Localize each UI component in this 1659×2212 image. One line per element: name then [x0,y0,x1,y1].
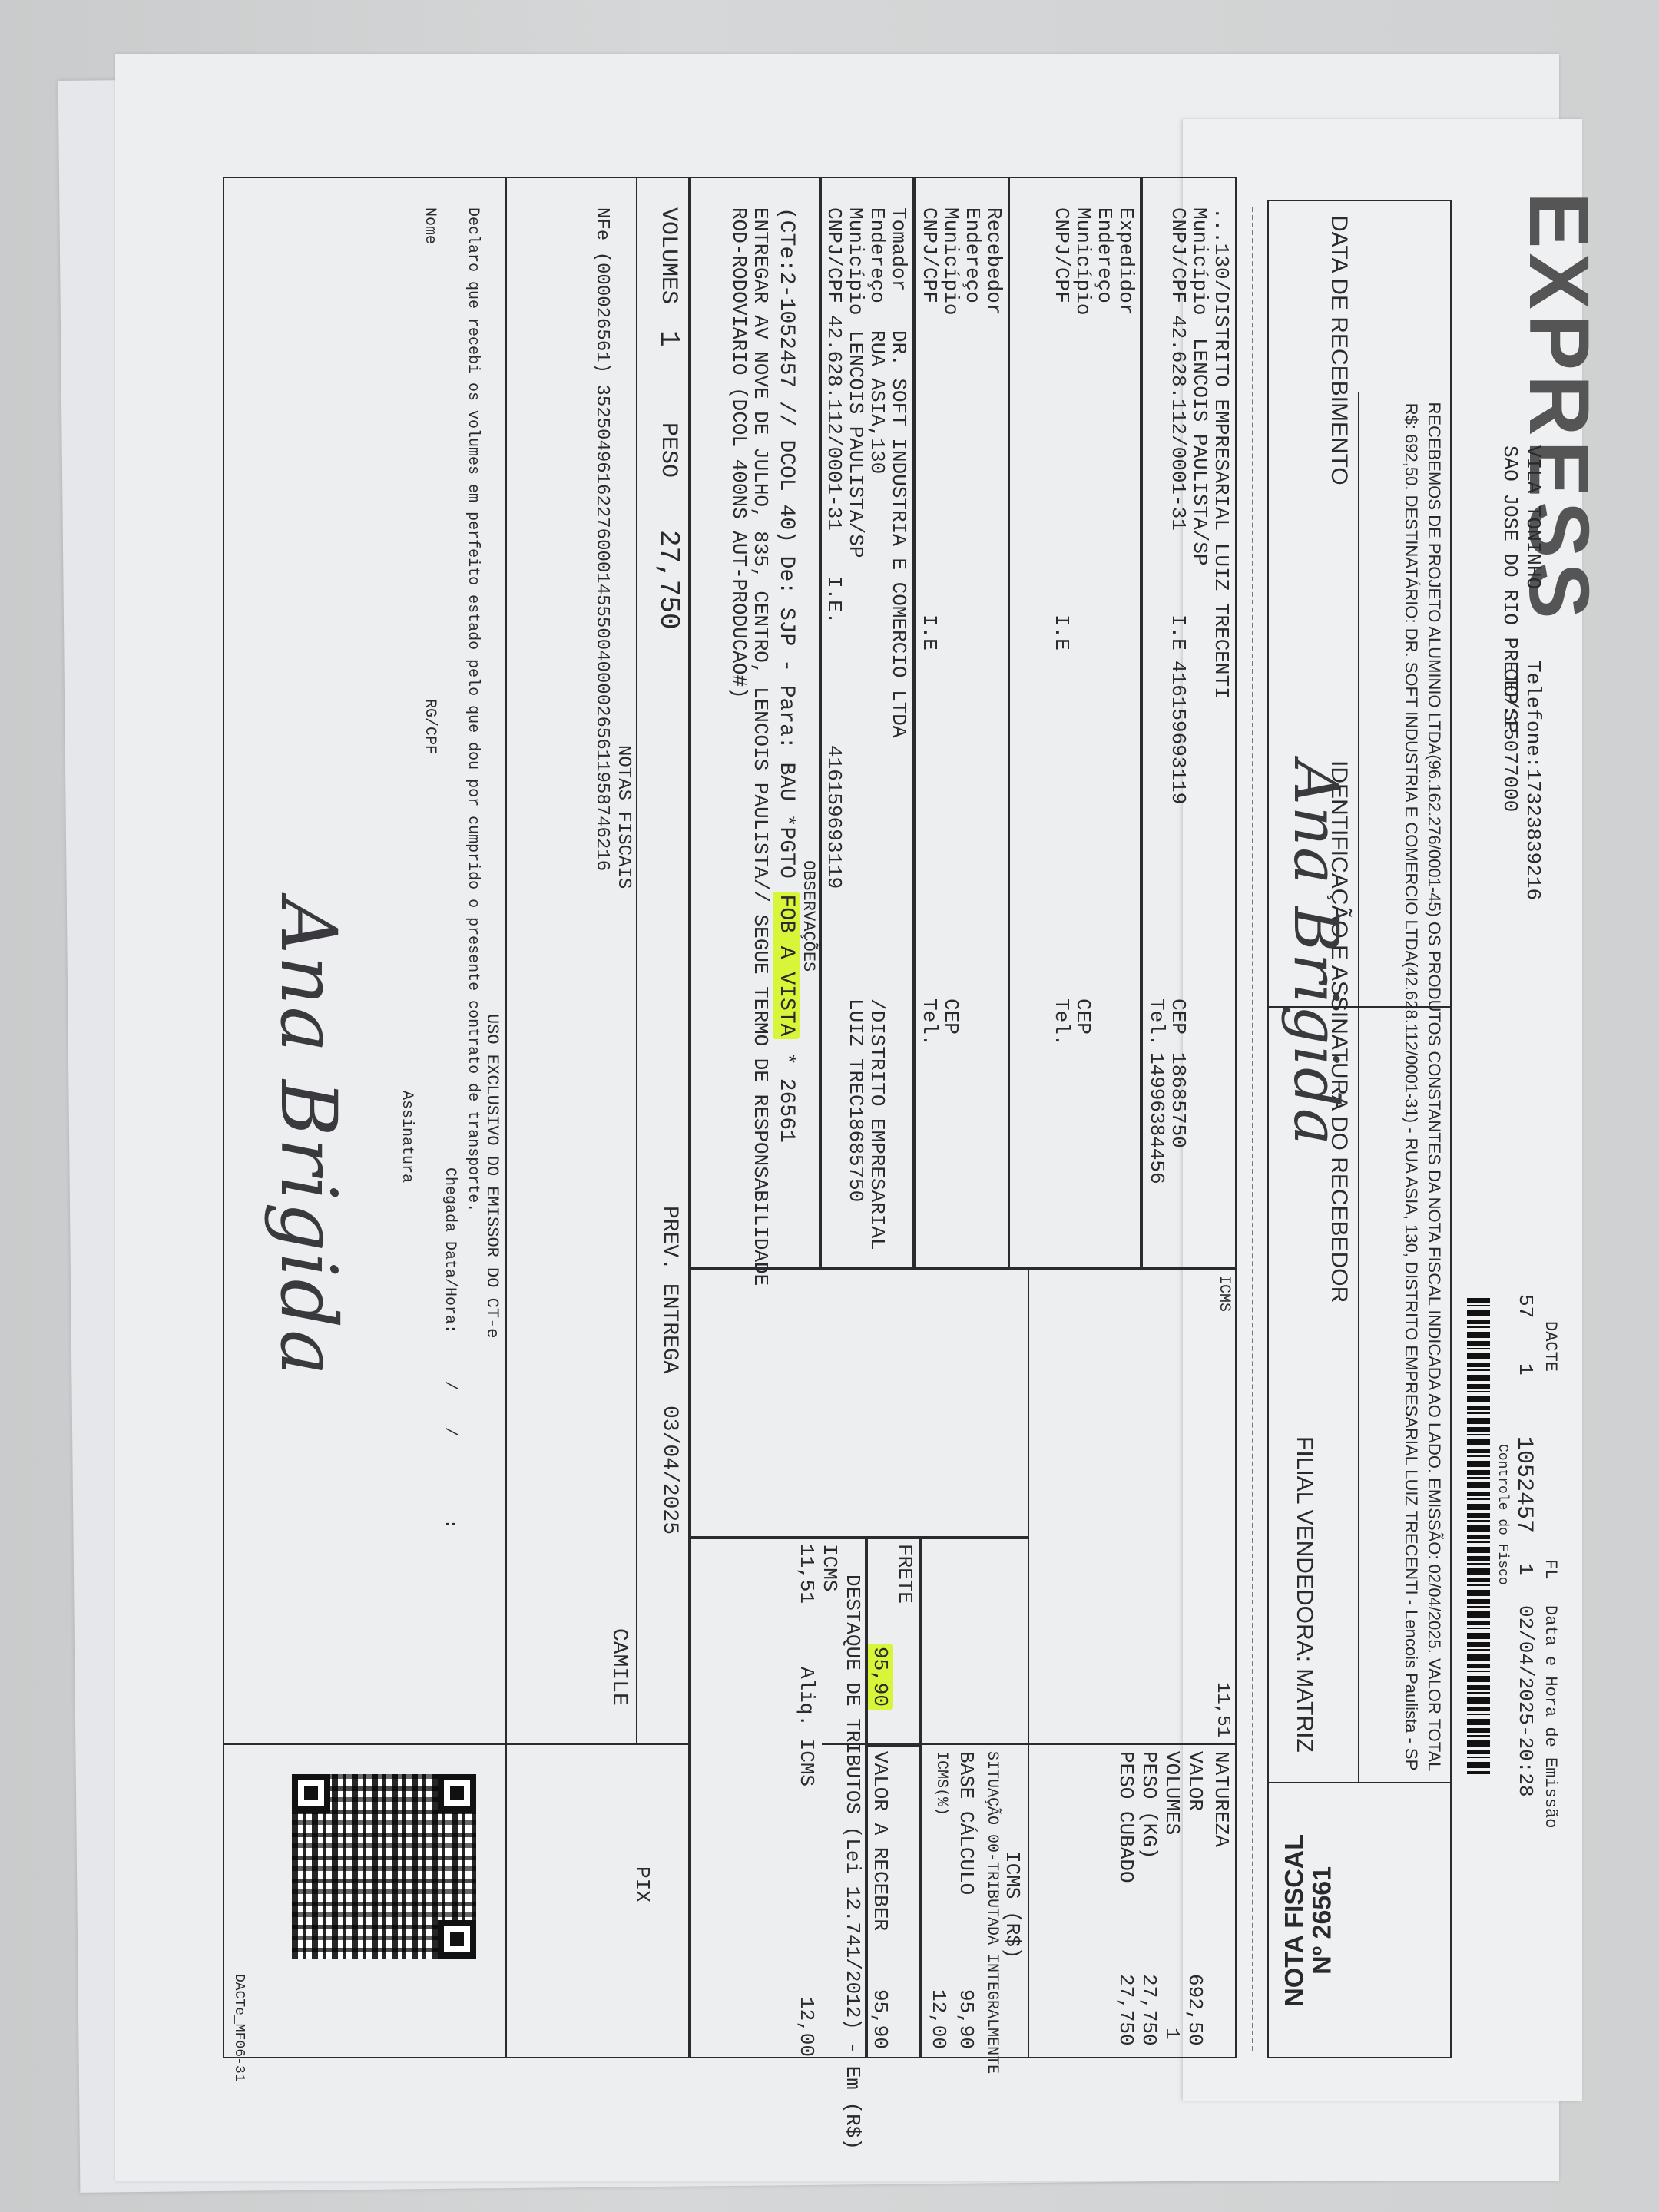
obs-line-1a: (CTe:2-1052457 // DCOL 40) De: SJP - Par… [774,207,798,892]
canhoto-hline [1358,392,1359,1782]
chegada-label: Chegada Data/Hora: [441,1167,458,1333]
declaro: Declaro que recebi os volumes em perfeit… [464,207,481,1212]
dest-cep: 18685750 [1167,1052,1189,1148]
peso-value: 27,750 [653,530,684,630]
tom-endereco-label: Endereço [866,207,888,303]
icms-pct-value: 12,00 [927,1989,949,2049]
tom-endereco-cont: /DISTRITO EMPRESARIAL [866,998,888,1250]
divider [691,1536,1029,1539]
peso-cubado-label: PESO CUBADO [1114,1751,1137,1883]
canhoto-declaracao: RECEBEMOS DE PROJETO ALUMINIO LTDA(96.16… [1400,399,1445,1774]
rec-ie-label: I.E [918,614,940,651]
tom-ie: 416159693119 [823,745,845,889]
pix-qr-code [292,1774,476,1959]
divider [691,1267,1237,1270]
dest-tel-label: Tel. [1145,998,1167,1046]
volumes-label-2: VOLUMES [1161,1751,1183,1835]
carrier-telefone: Telefone:17323839216 [1522,661,1544,900]
divider [1008,177,1010,1267]
tom-cnpj-label: CNPJ/CPF [823,207,845,303]
exp-municipio-label: Município [1071,207,1094,315]
uso-exclusivo: USO EXCLUSIVO DO EMISSOR DO CT-e [482,1014,501,1338]
atendente: CAMILE [606,1628,630,1706]
fl-value: 1 [1514,1563,1536,1575]
divider [1028,1267,1029,2058]
dacte-modelo: 57 [1514,1294,1536,1318]
tom-label: Tomador [887,207,909,291]
icms-label-top: ICMS [1215,1275,1232,1312]
rec-tel-label: Tel. [918,998,940,1046]
tom-ie-label: I.E. [823,576,845,624]
controle-fisco-label: Controle do Fisco [1494,1444,1509,1585]
icms-trib-value: 11,51 [795,1544,817,1604]
valor-receber-label: VALOR A RECEBER [869,1751,891,1931]
dest-municipio: LENCOIS PAULISTA/SP [1188,338,1210,565]
tom-bairro-cep: LUIZ TREC18685750 [844,998,866,1202]
tom-cnpj: 42.628.112/0001-31 [823,315,845,531]
cut-line [1252,207,1253,2051]
valor-label: VALOR [1184,1751,1206,1811]
dest-cnpj: 42.628.112/0001-31 [1167,315,1189,531]
exp-endereco-label: Endereço [1093,207,1115,303]
prev-entrega-value: 03/04/2025 [657,1406,680,1535]
tom-endereco: RUA ASIA,130 [866,330,888,474]
icms-trib-label: ICMS [818,1544,840,1591]
frete-label: FRETE [893,1544,916,1604]
data-emissao: 02/04/2025-20:28 [1514,1605,1536,1797]
obs-line-3: ROD-RODOVIARIO (DCOL 400NS AUT-PRODUCAO#… [727,207,750,699]
exp-label: Expedidor [1114,207,1137,315]
exp-cep-label: CEP [1071,998,1094,1035]
icms-rs-label: ICMS (R$) [1001,1851,1023,1959]
base-calculo-label: BASE CÁLCULO [955,1751,977,1895]
divider [868,1743,922,1747]
nota-fiscal-box: NOTA FISCALNº 26561 [1282,1790,1336,2051]
delivery-signature: Ana Brigida [263,899,353,1377]
dest-ie: 416159693119 [1167,661,1189,804]
dest-tel: 14996384456 [1145,1052,1167,1184]
rec-municipio-label: Município [939,207,962,315]
dacte-label: DACTE [1541,1321,1559,1372]
rec-endereco-label: Endereço [961,207,983,303]
volumes-value: 1 [653,330,684,347]
destaque-label: DESTAQUE DE TRIBUTOS (Lei 12.741/2012) -… [841,1575,863,2150]
dest-cnpj-label: CNPJ/CPF [1167,207,1189,303]
dest-cep-label: CEP [1167,998,1189,1035]
exp-ie-label: I.E [1050,614,1072,651]
volumes-label: VOLUMES [655,207,680,304]
nota-fiscal-label: NOTA FISCAL [1280,1834,1310,2007]
frete-value: 95,90 [869,1644,891,1710]
frete-highlight: 95,90 [867,1644,893,1710]
divider [223,1743,507,1745]
natureza-label: NATUREZA [1210,1751,1232,1847]
dest-endereco: ...130/DISTRITO EMPRESARIAL LUIZ TRECENT… [1210,207,1232,699]
dest-municipio-label: Município [1188,207,1210,315]
filial-label: FILIAL VENDEDORA: MATRIZ [1292,1436,1317,1753]
dest-ie-label: I.E [1167,614,1189,651]
nota-fiscal-numero: Nº 26561 [1307,1866,1336,1975]
pix-label: PIX [631,1866,653,1902]
peso-kg-label: PESO (KG) [1137,1751,1160,1859]
divider [505,177,507,2058]
obs-highlight: FOB A VISTA [773,892,800,1040]
notas-fiscais-label: NOTAS FISCAIS [613,745,633,889]
divider [636,177,637,1743]
divider [819,177,822,1267]
qr-finder [438,1774,476,1813]
fl-label: FL [1541,1559,1559,1579]
divider [919,1536,922,2058]
carrier-address-1: VILA TONINHO [1522,445,1544,589]
assinatura-label: Assinatura [398,1091,415,1183]
rg-label: RG/CPF [421,699,438,754]
qr-finder [438,1920,476,1959]
carrier-cep: CEP:15077000 [1498,668,1521,812]
receiver-signature: Ana Brigida [1280,760,1352,1147]
exp-tel-label: Tel. [1050,998,1072,1046]
data-recebimento-label: DATA DE RECEBIMENTO [1326,215,1352,485]
valor-receber-value: 95,90 [869,1989,891,2049]
obs-line-1: (CTe:2-1052457 // DCOL 40) De: SJP - Par… [773,207,797,1143]
divider [912,177,916,1267]
tom-municipio-label: Município [844,207,866,315]
qr-finder [292,1774,330,1813]
rec-cep-label: CEP [939,998,962,1035]
chegada-blank: ____/____/____ ____:____ [441,1344,458,1565]
situacao: SITUAÇÃO 00-TRIBUTADA INTEGRALMENTE [983,1751,1000,2074]
aliq-value: 12,00 [795,1997,817,2057]
volumes-value-2: 1 [1161,2028,1183,2040]
base-calculo-value: 95,90 [955,1989,977,2049]
peso-kg-value: 27,750 [1137,1974,1160,2046]
icms-top-value: 11,51 [1212,1682,1232,1737]
tom-municipio: LENCOIS PAULISTA/SP [844,330,866,558]
prev-entrega-label: PREV. ENTREGA [657,1206,680,1373]
nfe-key: NFe (000026561) 352504961622760001455500… [591,207,611,871]
divider [1140,177,1143,1267]
obs-line-1b: * 26561 [774,1039,798,1142]
divider [688,177,691,2058]
tom-nome: DR. SOFT INDUSTRIA E COMERCIO LTDA [887,330,909,738]
nome-label: Nome [421,207,438,244]
aliq-label: Aliq. ICMS [795,1667,817,1786]
divider [865,1536,868,2058]
canhoto-divider-2 [1267,1782,1452,1783]
dacte-document: EXPRESS VILA TONINHO SAO JOSE DO RIO PRE… [215,207,1429,2174]
dacte-numero: 1052457 [1511,1436,1536,1533]
barcode [1467,1298,1490,1774]
dacte-serie: 1 [1514,1363,1536,1376]
obs-label: OBSERVAÇÕES [799,860,817,972]
peso-cubado-value: 27,750 [1114,1974,1137,2046]
divider [507,1743,691,1745]
rec-label: Recebedor [982,207,1005,315]
valor-value: 692,50 [1184,1974,1206,2046]
data-emissao-label: Data e Hora de Emissão [1541,1605,1559,1828]
peso-label: PESO [655,422,680,478]
form-code: DACTe_MF06-31 [230,1974,246,2081]
exp-cnpj-label: CNPJ/CPF [1050,207,1072,303]
icms-pct-label: ICMS(%) [932,1751,949,1816]
rec-cnpj-label: CNPJ/CPF [918,207,940,303]
obs-line-2: ENTREGAR AV NOVE DE JULHO, 835, CENTRO, … [749,207,771,1286]
